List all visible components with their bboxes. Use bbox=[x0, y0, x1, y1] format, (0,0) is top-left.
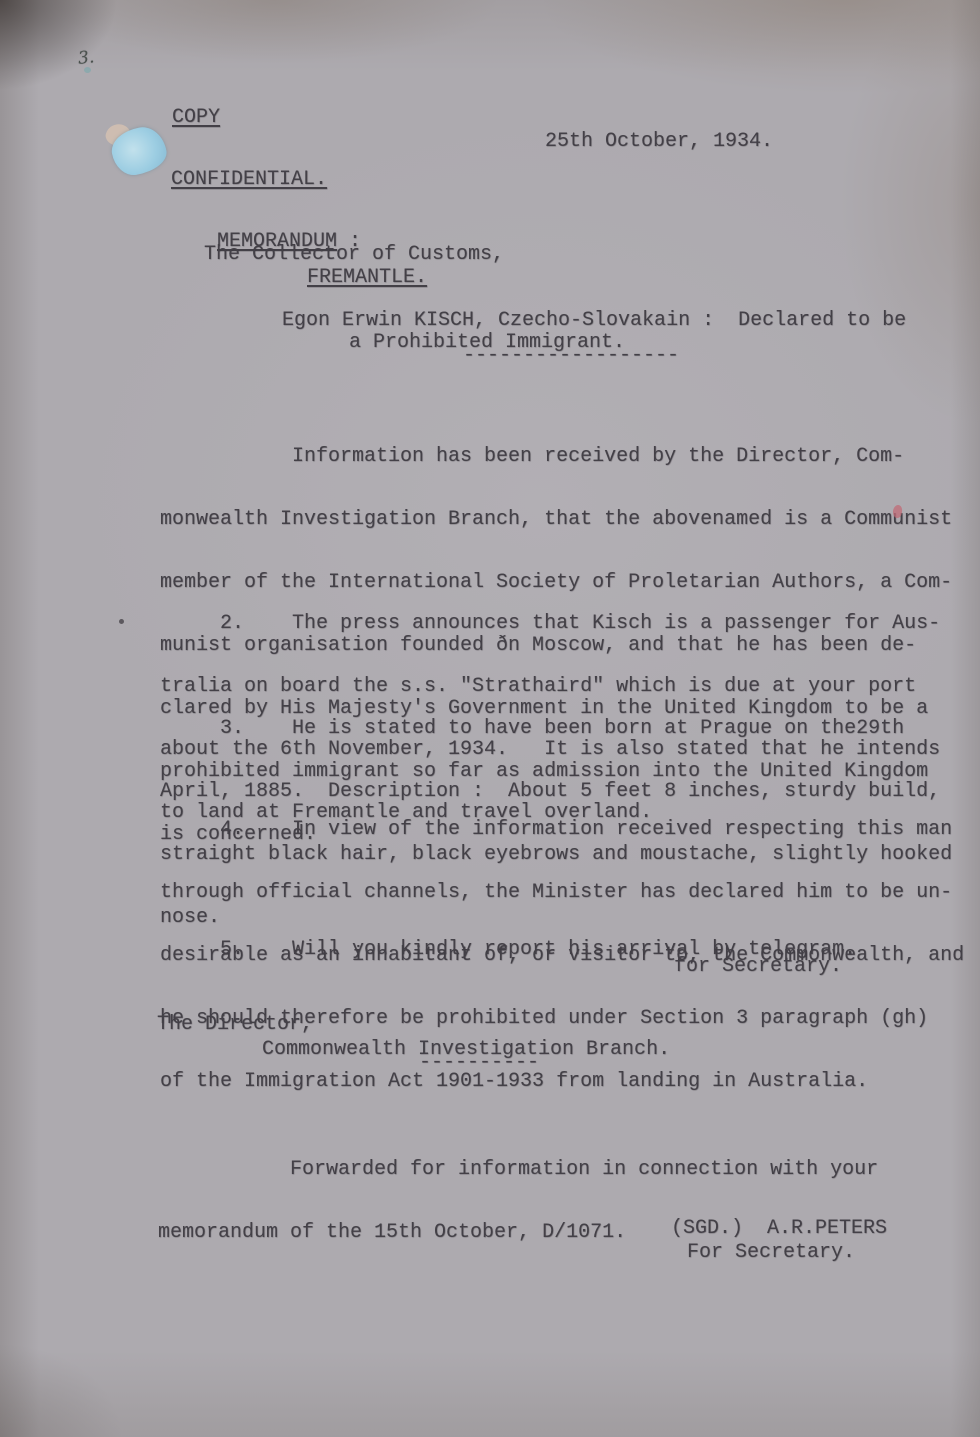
ink-fleck bbox=[84, 67, 91, 73]
text-line: Forwarded for information in connection … bbox=[158, 1159, 878, 1180]
ink-dot bbox=[119, 619, 124, 624]
subject-rule: ------------------ bbox=[463, 345, 679, 366]
signature-for-secretary: For Secretary. bbox=[687, 1242, 855, 1263]
text-line: monwealth Investigation Branch, that the… bbox=[160, 509, 952, 530]
copy-label: COPY bbox=[172, 107, 220, 128]
text-line: 4. In view of the information received r… bbox=[160, 819, 964, 840]
signoff-for-secretary: for Secretary. bbox=[674, 956, 842, 977]
footer-rule: ---------- bbox=[419, 1052, 539, 1073]
text-line: 2. The press announces that Kisch is a p… bbox=[160, 613, 940, 634]
date-line: 25th October, 1934. bbox=[545, 131, 773, 152]
footer-director: The Director, bbox=[157, 1014, 313, 1035]
addressee-city: FREMANTLE. bbox=[307, 267, 427, 288]
handwritten-mark: 3. bbox=[77, 47, 95, 69]
subject-line-1: Egon Erwin KISCH, Czecho-Slovakain : Dec… bbox=[282, 310, 906, 331]
memo-page: 3. COPY 25th October, 1934. CONFIDENTIAL… bbox=[0, 0, 980, 1437]
confidential-label: CONFIDENTIAL. bbox=[171, 169, 327, 190]
text-line: Information has been received by the Dir… bbox=[160, 446, 952, 467]
paragraph-5: 5. Will you kindly report his arrival by… bbox=[160, 897, 856, 1002]
addressee-line: The Collector of Customs, bbox=[204, 244, 504, 265]
text-line: of the Immigration Act 1901-1933 from la… bbox=[160, 1071, 964, 1092]
signature-sgd: (SGD.) A.R.PETERS bbox=[671, 1218, 887, 1239]
text-line: 3. He is stated to have been born at Pra… bbox=[160, 718, 952, 739]
